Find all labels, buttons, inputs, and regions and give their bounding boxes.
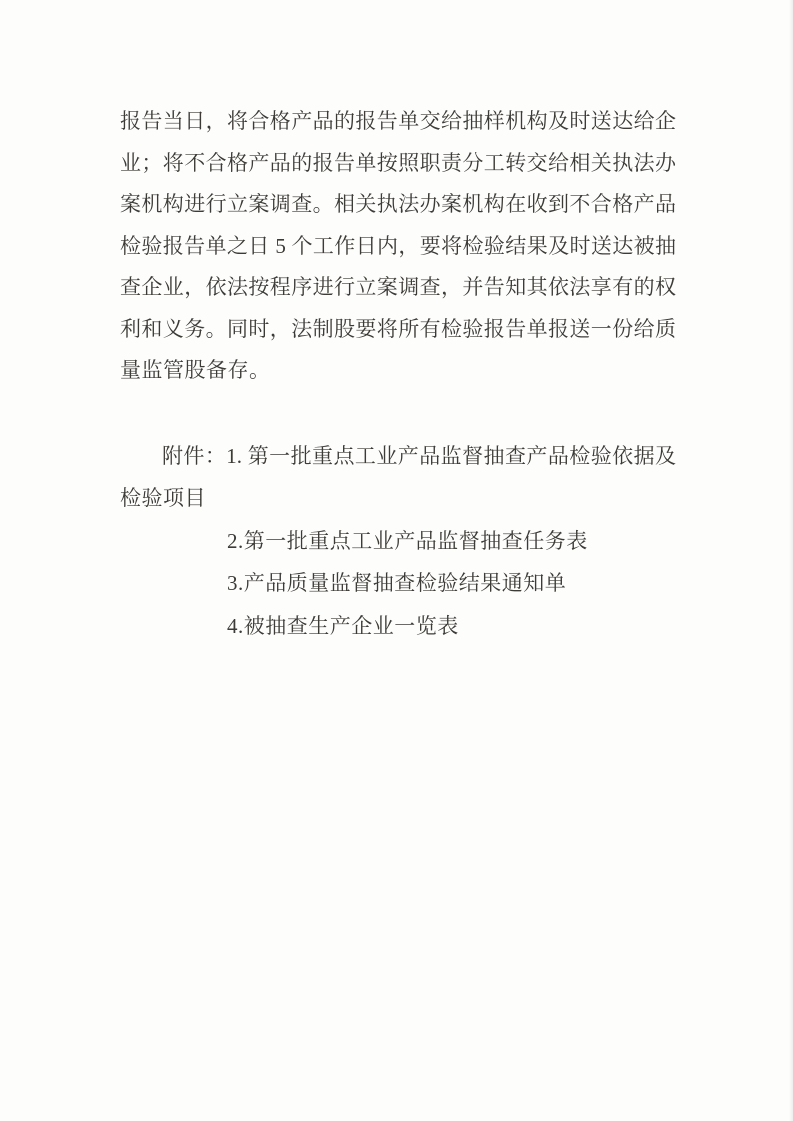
paragraph-gap [120,392,676,435]
body-line-6: 利和义务。同时，法制股要将所有检验报告单报送一份给质 [120,309,676,351]
scan-edge-shadow [789,0,793,1121]
attachment-line-label-item1: 附件：1. 第一批重点工业产品监督抽查产品检验依据及 [120,435,676,478]
attachment-line-item2: 2.第一批重点工业产品监督抽查任务表 [120,520,676,563]
attachment-line-item4: 4.被抽查生产企业一览表 [120,605,676,648]
attachment-line-item1-continuation: 检验项目 [120,477,676,520]
body-line-5: 查企业，依法按程序进行立案调查，并告知其依法享有的权 [120,267,676,309]
document-content: 报告当日，将合格产品的报告单交给抽样机构及时送达给企 业；将不合格产品的报告单按… [120,101,676,647]
body-line-1: 报告当日，将合格产品的报告单交给抽样机构及时送达给企 [120,101,676,143]
body-line-2: 业；将不合格产品的报告单按照职责分工转交给相关执法办 [120,143,676,185]
body-line-3: 案机构进行立案调查。相关执法办案机构在收到不合格产品 [120,184,676,226]
body-line-7: 量监管股备存。 [120,350,676,392]
body-line-4: 检验报告单之日 5 个工作日内，要将检验结果及时送达被抽 [120,226,676,268]
attachments-list: 附件：1. 第一批重点工业产品监督抽查产品检验依据及 检验项目 2.第一批重点工… [120,435,676,648]
attachment-line-item3: 3.产品质量监督抽查检验结果通知单 [120,562,676,605]
body-paragraph: 报告当日，将合格产品的报告单交给抽样机构及时送达给企 业；将不合格产品的报告单按… [120,101,676,392]
scanned-document-page: 报告当日，将合格产品的报告单交给抽样机构及时送达给企 业；将不合格产品的报告单按… [0,0,793,1121]
